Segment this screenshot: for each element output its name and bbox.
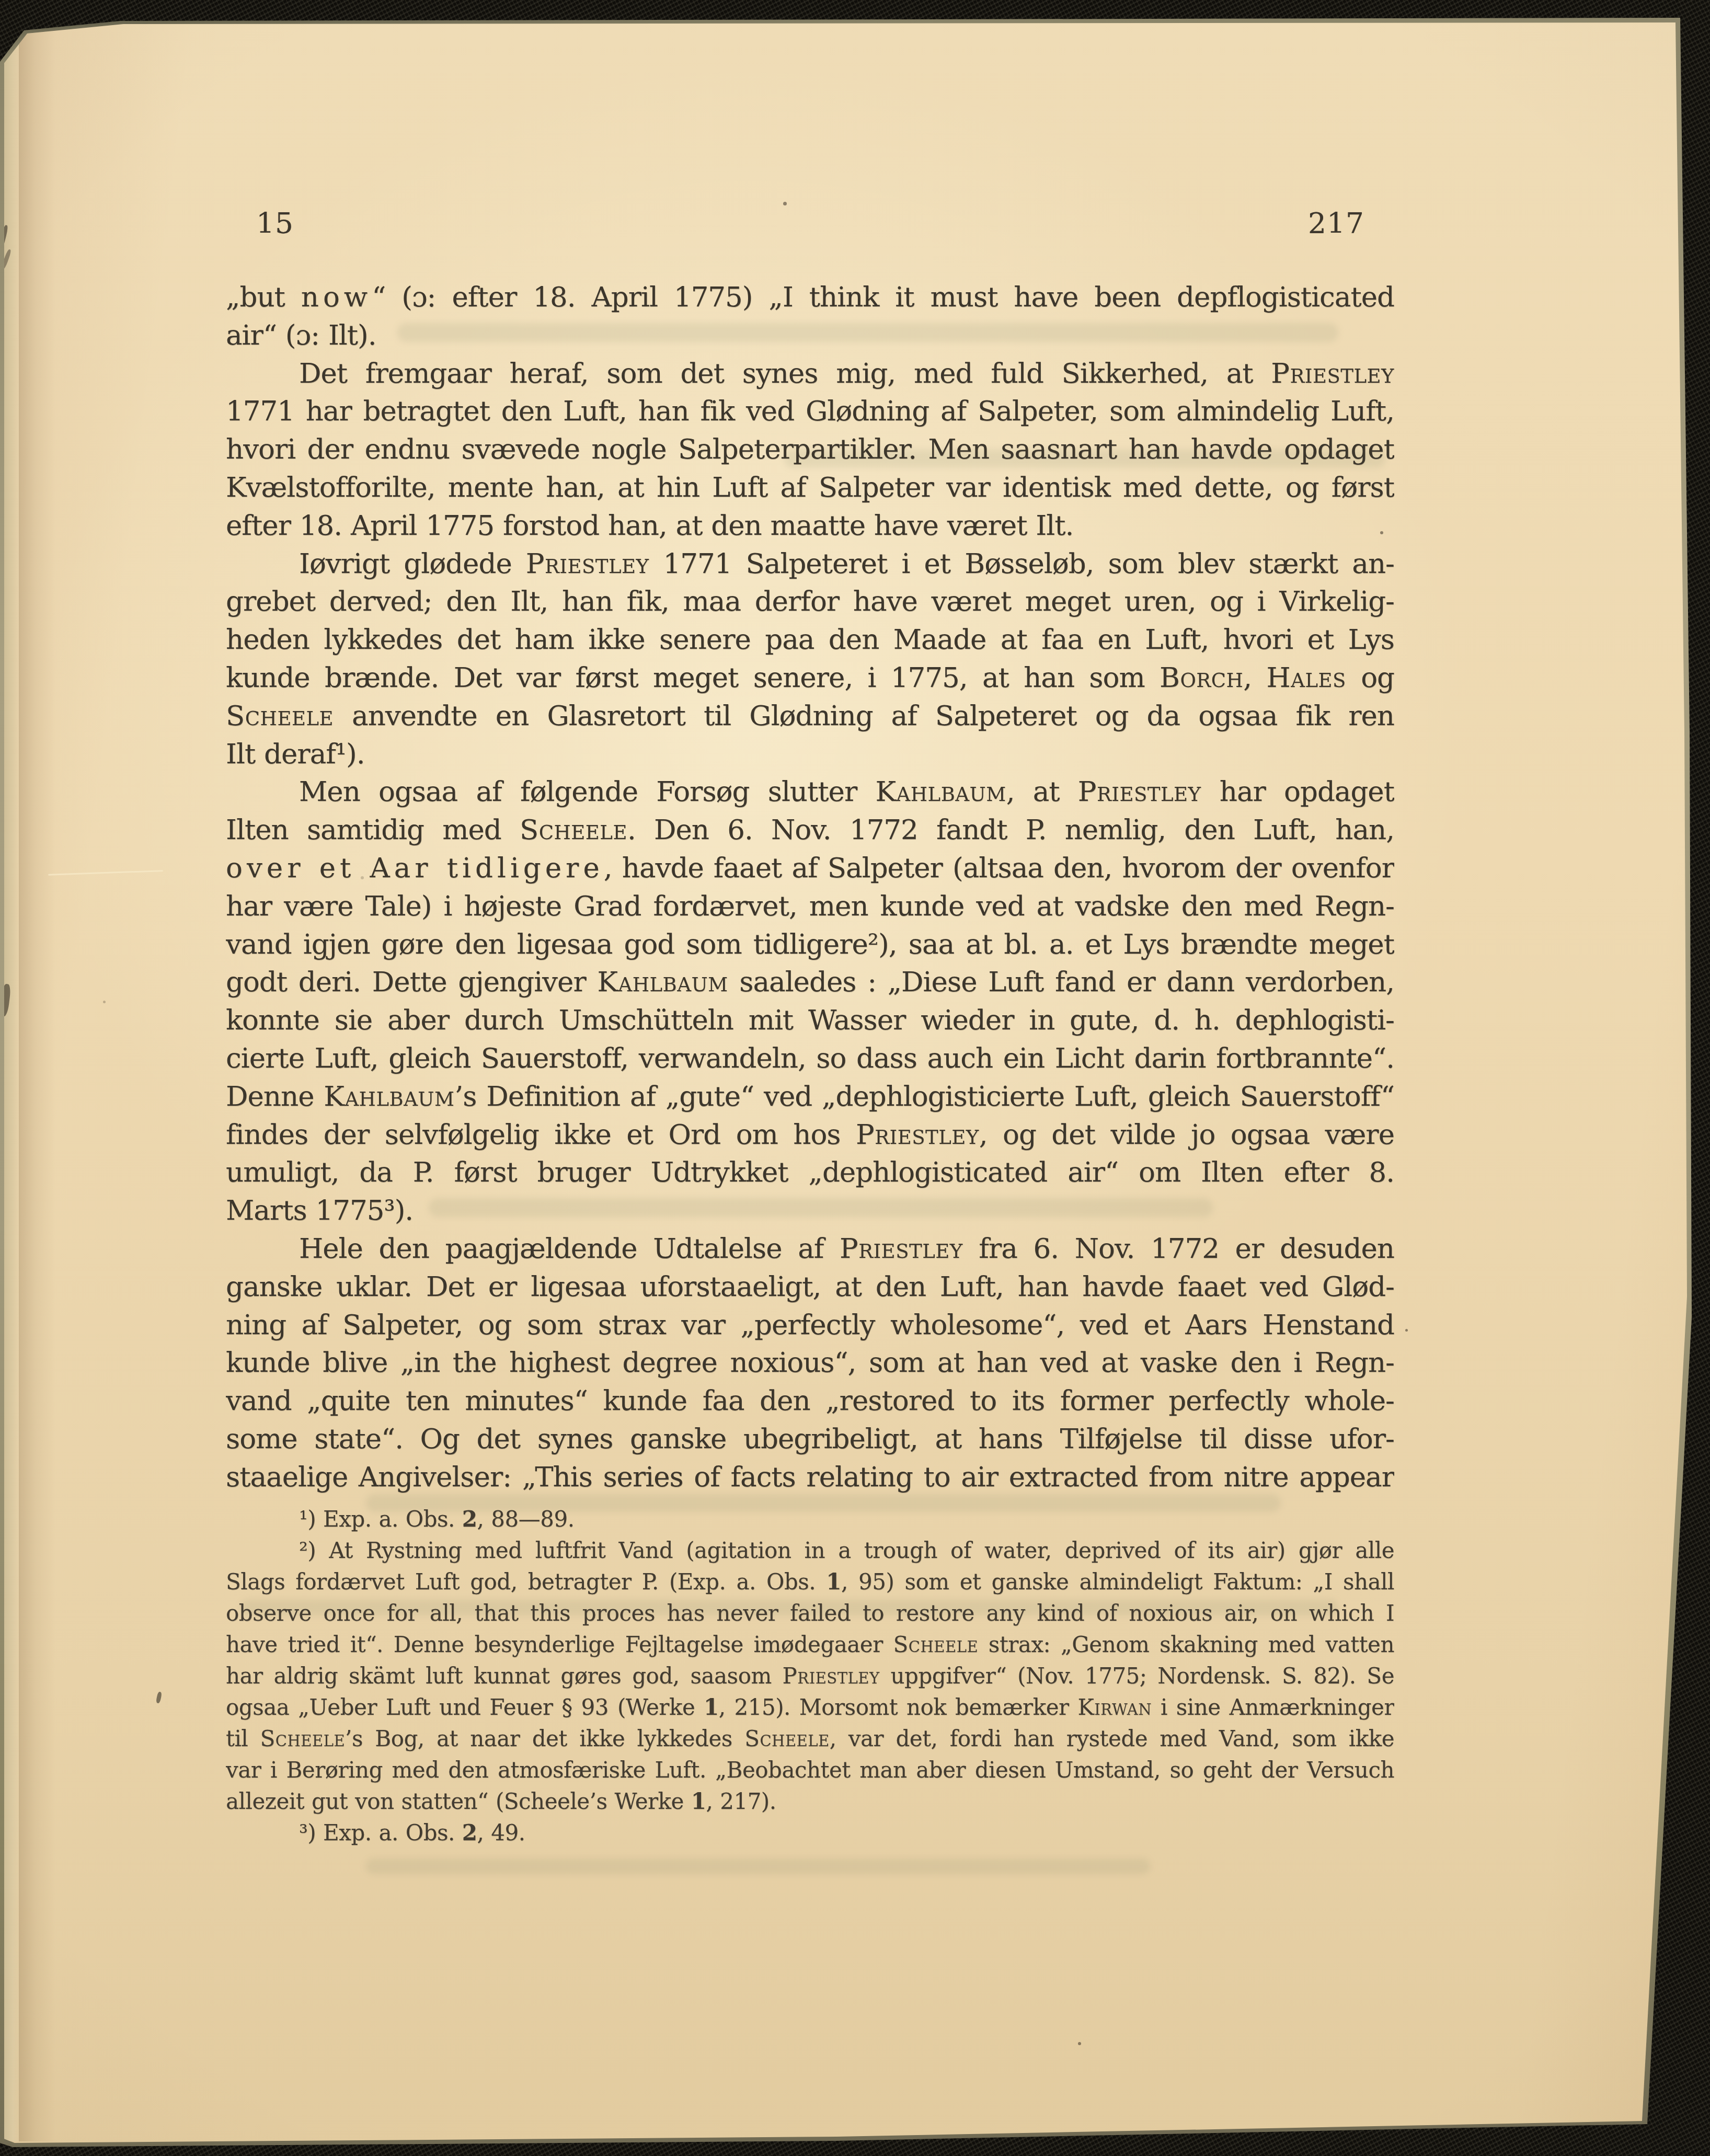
smallcaps-name: Scheele [226,700,334,732]
body-line: Hele den paagjældende Udtalelse af Pries… [226,1230,1394,1268]
text-run: har opdaget [1201,776,1394,808]
text-run: hvori der endnu svævede nogle Salpeterpa… [226,433,1394,465]
text-run: . Den 6. Nov. 1772 fandt P. nemlig, den … [627,814,1394,846]
footnote-line: ¹) Exp. a. Obs. 2, 88—89. [226,1504,1394,1535]
footnote-line: have tried it“. Denne besynderlige Fejlt… [226,1629,1394,1660]
text-run: 1771 har betragtet den Luft, han fik ved… [226,395,1394,427]
smallcaps-name: Scheele [893,1632,979,1657]
bold-number: 1 [691,1788,706,1814]
text-run: Marts 1775³). [226,1195,413,1226]
body-line: godt deri. Dette gjengiver Kahlbaum saal… [226,964,1394,1002]
smallcaps-name: Priestley [783,1663,880,1689]
bold-number: 1 [704,1694,719,1720]
body-line: efter 18. April 1775 forstod han, at den… [226,507,1394,545]
text-run: til [226,1726,260,1751]
bold-number: 2 [462,1820,477,1845]
text-run: umuligt, da P. først bruger Udtrykket „d… [226,1156,1394,1188]
footnote-line: allezeit gut von statten“ (Scheele’s Wer… [226,1786,1394,1817]
body-line: air“ (ɔ: Ilt). [226,317,1394,355]
footnote-line: var i Berøring med den atmosfæriske Luft… [226,1754,1394,1786]
book-page: 15 217 „but now“ (ɔ: efter 18. April 177… [0,0,1710,2156]
smallcaps-name: Scheele [744,1726,830,1751]
text-run: „but [226,281,301,313]
text-run: some state“. Og det synes ganske ubegrib… [226,1423,1394,1455]
text-run: findes der selvfølgelig ikke et Ord om h… [226,1119,856,1151]
text-run: ’s Definition af „gute“ ved „dephlogisti… [454,1081,1394,1113]
smallcaps-name: Borch [1160,662,1243,694]
smallcaps-name: Kahlbaum [597,966,728,998]
text-run: og [1346,662,1394,694]
body-line: grebet derved; den Ilt, han fik, maa der… [226,583,1394,621]
body-line: findes der selvfølgelig ikke et Ord om h… [226,1116,1394,1154]
text-run: saaledes : „Diese Luft fand er dann verd… [728,966,1394,998]
smallcaps-name: Kahlbaum [324,1081,454,1113]
text-run: , var det, fordi han rystede med Vand, s… [830,1726,1394,1751]
smallcaps-name: Scheele [260,1726,346,1751]
text-run: ogsaa „Ueber Luft und Feuer § 93 (Werke [226,1694,704,1720]
ink-speck [783,202,787,205]
smallcaps-name: Kahlbaum [876,776,1006,808]
body-line: hvori der endnu svævede nogle Salpeterpa… [226,431,1394,469]
footnote-line: ³) Exp. a. Obs. 2, 49. [226,1817,1394,1849]
letterspaced-run: over et Aar tidligere [226,852,604,884]
text-run: , 49. [477,1820,525,1845]
text-run: har være Tale) i højeste Grad fordærvet,… [226,890,1394,922]
text-run: , 88—89. [477,1506,575,1532]
show-through-smudge [366,1859,1150,1874]
text-run: 1771 Salpeteret i et Bøsseløb, som blev … [649,548,1394,580]
text-run: Men ogsaa af følgende Forsøg slutter [299,776,876,808]
body-line: vand „quite ten minutes“ kunde faa den „… [226,1382,1394,1420]
ink-speck [103,1001,106,1003]
body-line: konnte sie aber durch Umschütteln mit Wa… [226,1002,1394,1040]
body-line: staaelige Angivelser: „This series of fa… [226,1459,1394,1497]
body-line: Ilt deraf¹). [226,736,1394,774]
body-line: ning af Salpeter, og som strax var „perf… [226,1306,1394,1345]
body-line: over et Aar tidligere, havde faaet af Sa… [226,850,1394,888]
body-line: ganske uklar. Det er ligesaa uforstaaeli… [226,1268,1394,1306]
text-run: , [1243,662,1266,694]
body-line: Men ogsaa af følgende Forsøg slutter Kah… [226,773,1394,811]
smallcaps-name: Priestley [840,1233,963,1265]
text-run: , 215). Morsomt nok bemærker [719,1694,1078,1720]
text-run: Hele den paagjældende Udtalelse af [299,1233,840,1265]
page-number-right: 217 [1308,209,1364,238]
paper-scratch [48,870,163,876]
text-run: , havde faaet af Salpeter (altsaa den, h… [604,852,1394,884]
text-run: i sine Anmærkninger [1152,1694,1394,1720]
body-line: Scheele anvendte en Glasretort til Glødn… [226,697,1394,736]
text-run: vand igjen gøre den ligesaa god som tidl… [226,928,1394,960]
text-run: observe once for all, that this proces h… [226,1600,1394,1626]
smallcaps-name: Priestley [526,548,649,580]
body-line: kunde blive „in the highest degree noxio… [226,1344,1394,1382]
text-run: have tried it“. Denne besynderlige Fejlt… [226,1632,893,1657]
margin-ink-mark [156,1691,162,1703]
scanned-book-photo: 15 217 „but now“ (ɔ: efter 18. April 177… [0,0,1710,2156]
body-line: kunde brænde. Det var først meget senere… [226,659,1394,697]
body-line: Denne Kahlbaum’s Definition af „gute“ ve… [226,1078,1394,1116]
text-run: ning af Salpeter, og som strax var „perf… [226,1309,1394,1341]
text-run: Iøvrigt glødede [299,548,526,580]
sheet-number-left: 15 [256,209,294,238]
footnote-block: ¹) Exp. a. Obs. 2, 88—89.²) At Rystning … [226,1504,1394,1849]
footnote-line: ²) At Rystning med luftfrit Vand (agitat… [226,1535,1394,1566]
text-run: air“ (ɔ: Ilt). [226,319,376,351]
footnote-line: Slags fordærvet Luft god, betragter P. (… [226,1566,1394,1598]
text-run: kunde brænde. Det var først meget senere… [226,662,1160,694]
text-run: , og det vilde jo ogsaa være [979,1119,1394,1151]
text-run: “ (ɔ: efter 18. April 1775) „I think it … [372,281,1394,313]
text-run: kunde blive „in the highest degree noxio… [226,1347,1394,1379]
bold-number: 2 [462,1506,477,1532]
text-run: staaelige Angivelser: „This series of fa… [226,1461,1394,1493]
ink-speck [1405,1329,1408,1332]
text-run: grebet derved; den Ilt, han fik, maa der… [226,586,1394,617]
body-line: vand igjen gøre den ligesaa god som tidl… [226,926,1394,964]
bold-number: 1 [826,1569,841,1595]
footnote-line: observe once for all, that this proces h… [226,1598,1394,1629]
text-run: godt deri. Dette gjengiver [226,966,597,998]
footnote-line: har aldrig skämt luft kunnat gøres god, … [226,1660,1394,1692]
smallcaps-name: Kirwan [1077,1694,1152,1720]
body-line: Iøvrigt glødede Priestley 1771 Salpetere… [226,545,1394,583]
text-run: ’s Bog, at naar det ikke lykkedes [345,1726,744,1751]
body-line: har være Tale) i højeste Grad fordærvet,… [226,888,1394,926]
previous-page-edge [3,31,21,2141]
text-run: , 95) som et ganske almindeligt Faktum: … [841,1569,1394,1595]
body-line: cierte Luft, gleich Sauerstoff, verwande… [226,1040,1394,1078]
smallcaps-name: Priestley [1078,776,1201,808]
text-run: , 217). [706,1788,776,1814]
footnote-line: til Scheele’s Bog, at naar det ikke lykk… [226,1723,1394,1754]
text-run: efter 18. April 1775 forstod han, at den… [226,510,1073,542]
text-run: anvendte en Glasretort til Glødning af S… [334,700,1394,732]
smallcaps-name: Priestley [856,1119,979,1151]
smallcaps-name: Hales [1266,662,1346,694]
body-line: Det fremgaar heraf, som det synes mig, m… [226,355,1394,393]
smallcaps-name: Priestley [1271,358,1394,389]
body-line: „but now“ (ɔ: efter 18. April 1775) „I t… [226,279,1394,317]
text-run: Slags fordærvet Luft god, betragter P. (… [226,1569,826,1595]
text-run: Ilt deraf¹). [226,738,365,770]
text-run: ¹) Exp. a. Obs. [299,1506,462,1532]
text-run: allezeit gut von statten“ (Scheele’s Wer… [226,1788,691,1814]
text-run: vand „quite ten minutes“ kunde faa den „… [226,1385,1394,1417]
body-line: Ilten samtidig med Scheele. Den 6. Nov. … [226,811,1394,850]
text-run: fra 6. Nov. 1772 er desuden [963,1233,1394,1265]
text-run: Det fremgaar heraf, som det synes mig, m… [299,358,1271,389]
text-run: var i Berøring med den atmosfæriske Luft… [226,1757,1394,1783]
page-header: 15 217 [226,209,1394,238]
body-line: heden lykkedes det ham ikke senere paa d… [226,621,1394,659]
text-run: ³) Exp. a. Obs. [299,1820,462,1845]
text-run: ganske uklar. Det er ligesaa uforstaaeli… [226,1271,1394,1303]
letterspaced-run: now [301,281,372,313]
text-run: har aldrig skämt luft kunnat gøres god, … [226,1663,783,1689]
ink-speck [1078,2042,1081,2045]
body-text-block: „but now“ (ɔ: efter 18. April 1775) „I t… [226,279,1394,1497]
body-line: Marts 1775³). [226,1192,1394,1230]
smallcaps-name: Scheele [520,814,627,846]
binding-crease-shadow [19,31,55,2141]
body-line: 1771 har betragtet den Luft, han fik ved… [226,393,1394,431]
text-run: uppgifver“ (Nov. 1775; Nordensk. S. 82).… [880,1663,1394,1689]
text-run: Kvælstofforilte, mente han, at hin Luft … [226,472,1394,503]
text-run: strax: „Genom skakning med vatten [978,1632,1394,1657]
body-line: some state“. Og det synes ganske ubegrib… [226,1420,1394,1459]
footnote-line: ogsaa „Ueber Luft und Feuer § 93 (Werke … [226,1692,1394,1723]
text-run: Denne [226,1081,324,1113]
text-run: , at [1006,776,1078,808]
body-line: Kvælstofforilte, mente han, at hin Luft … [226,469,1394,507]
body-line: umuligt, da P. først bruger Udtrykket „d… [226,1154,1394,1192]
text-run: konnte sie aber durch Umschütteln mit Wa… [226,1004,1394,1036]
text-run: ²) At Rystning med luftfrit Vand (agitat… [299,1538,1394,1563]
text-run: cierte Luft, gleich Sauerstoff, verwande… [226,1042,1394,1074]
text-run: heden lykkedes det ham ikke senere paa d… [226,624,1394,656]
text-run: Ilten samtidig med [226,814,520,846]
